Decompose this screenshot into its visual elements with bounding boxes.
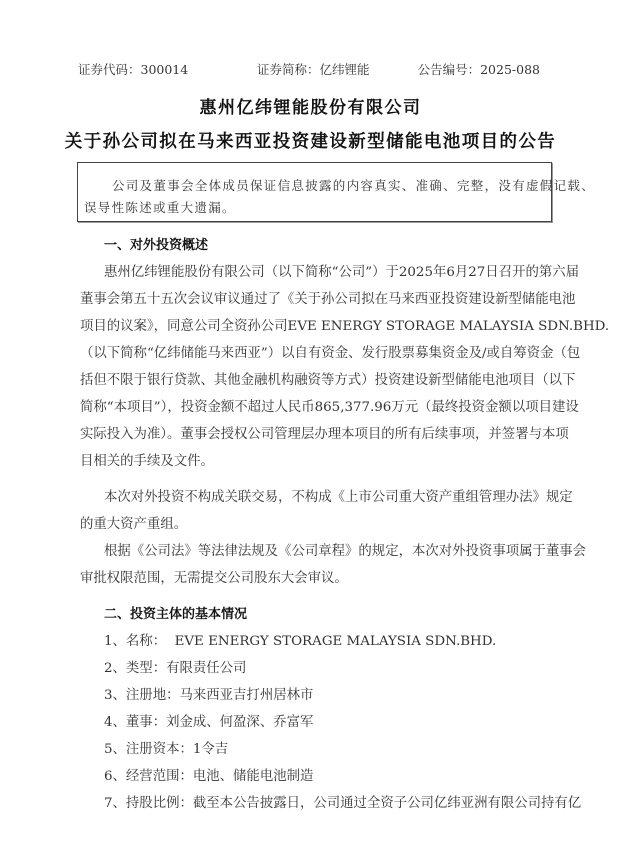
notice-line: 误导性陈述或重大遗漏。 <box>84 198 236 216</box>
paragraph-line: 审批权限范围，无需提交公司股东大会审议。 <box>80 567 553 585</box>
info-item-business-scope: 6、经营范围：电池、储能电池制造 <box>104 765 313 784</box>
company-title: 惠州亿纬锂能股份有限公司 <box>0 93 621 118</box>
paragraph-line: 本次对外投资不构成关联交易，不构成《上市公司重大资产重组管理办法》规定 <box>104 486 553 504</box>
paragraph-line: 项目的议案》，同意公司全资孙公司EVE ENERGY STORAGE MALAY… <box>80 315 553 333</box>
paragraph-line: 目相关的手续及文件。 <box>80 450 553 468</box>
info-item-registered-place: 3、注册地：马来西亚吉打州居林市 <box>104 684 313 703</box>
info-item-shareholding: 7、持股比例：截至本公告披露日，公司通过全资子公司亿纬亚洲有限公司持有亿 <box>104 792 553 811</box>
section-heading-investment-overview: 一、对外投资概述 <box>104 234 208 253</box>
security-abbreviation: 证券简称：亿纬锂能 <box>257 60 370 78</box>
announcement-title: 关于孙公司拟在马来西亚投资建设新型储能电池项目的公告 <box>0 128 621 153</box>
document-page: 证券代码：300014 证券简称：亿纬锂能 公告编号：2025-088 惠州亿纬… <box>0 0 621 852</box>
security-code: 证券代码：300014 <box>78 60 188 78</box>
paragraph-line: 括但不限于银行贷款、其他金融机构融资等方式）投资建设新型储能电池项目（以下 <box>80 369 553 387</box>
paragraph-line: 简称“本项目”），投资金额不超过人民币865,377.96万元（最终投资金额以项… <box>80 396 553 414</box>
section-heading-investor-info: 二、投资主体的基本情况 <box>104 603 247 622</box>
info-item-directors: 4、董事：刘金成、何盈深、乔富军 <box>104 711 313 730</box>
announcement-number: 公告编号：2025-088 <box>418 60 540 78</box>
paragraph-line: （以下简称“亿纬储能马来西亚”）以自有资金、发行股票募集资金及/或自筹资金（包 <box>80 342 553 360</box>
info-item-name: 1、名称： EVE ENERGY STORAGE MALAYSIA SDN.BH… <box>104 630 496 649</box>
announcement-meta: 证券代码：300014 证券简称：亿纬锂能 公告编号：2025-088 <box>78 60 540 78</box>
paragraph-line: 实际投入为准）。董事会授权公司管理层办理本项目的所有后续事项，并签署与本项 <box>80 423 553 441</box>
info-item-registered-capital: 5、注册资本：1令吉 <box>104 738 228 757</box>
paragraph-line: 董事会第五十五次会议审议通过了《关于孙公司拟在马来西亚投资建设新型储能电池 <box>80 288 553 306</box>
paragraph-line: 根据《公司法》等法律法规及《公司章程》的规定，本次对外投资事项属于董事会 <box>104 540 553 558</box>
paragraph-line: 的重大资产重组。 <box>80 513 553 531</box>
info-item-type: 2、类型：有限责任公司 <box>104 657 246 676</box>
paragraph-line: 惠州亿纬锂能股份有限公司（以下简称“公司”）于2025年6月27日召开的第六届 <box>104 261 553 279</box>
disclosure-notice-box: 公司及董事会全体成员保证信息披露的内容真实、准确、完整，没有虚假记载、 误导性陈… <box>77 162 552 222</box>
notice-line: 公司及董事会全体成员保证信息披露的内容真实、准确、完整，没有虚假记载、 <box>112 176 595 194</box>
